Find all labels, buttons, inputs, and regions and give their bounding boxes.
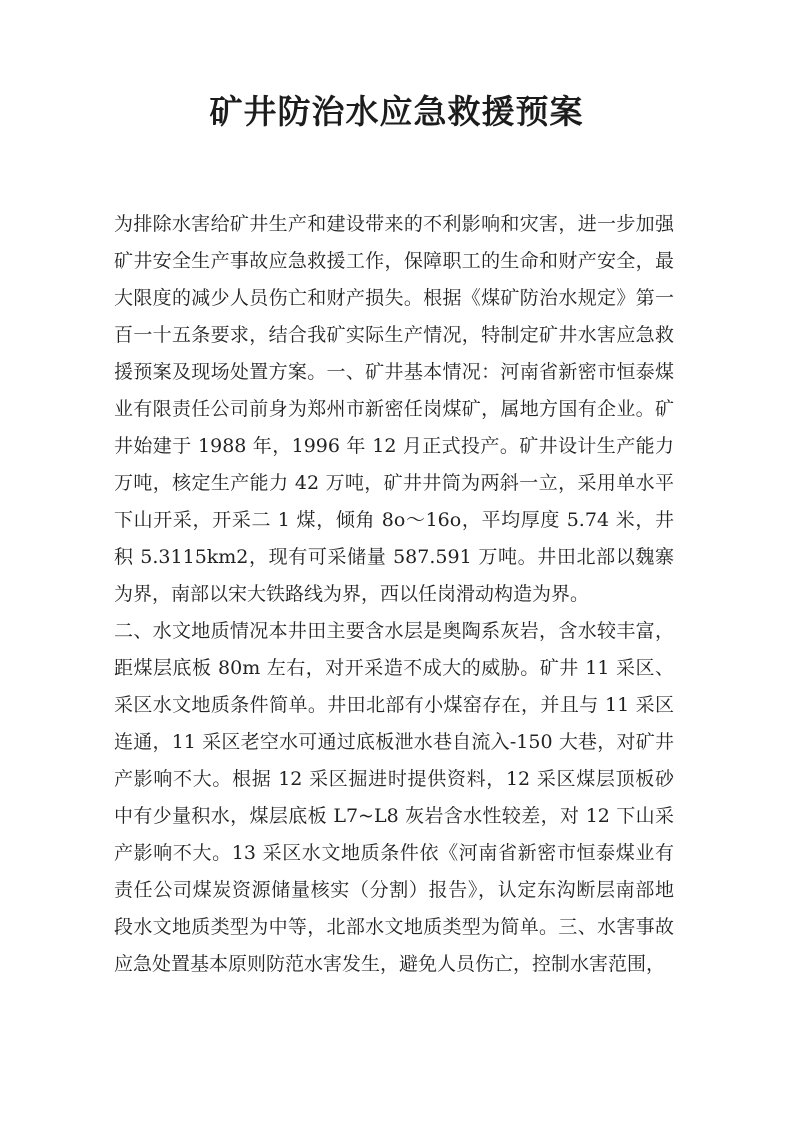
text-line: 距煤层底板 80m 左右，对开采造不成大的威胁。矿井 11 采区、12 bbox=[114, 650, 674, 687]
document-title: 矿井防治水应急救援预案 bbox=[0, 95, 793, 129]
text-line: 为界，南部以宋大铁路线为界，西以任岗滑动构造为界。 bbox=[114, 576, 674, 613]
document-body: 为排除水害给矿井生产和建设带来的不利影响和灾害，进一步加强矿井安全生产事故应急救… bbox=[114, 206, 674, 983]
text-line: 井始建于 1988 年，1996 年 12 月正式投产。矿井设计生产能力 30 bbox=[114, 428, 674, 465]
text-line: 积 5.3115km2，现有可采储量 587.591 万吨。井田北部以魏寨断层 bbox=[114, 539, 674, 576]
text-line: 连通，11 采区老空水可通过底板泄水巷自流入-150 大巷，对矿井生 bbox=[114, 724, 674, 761]
text-line: 为排除水害给矿井生产和建设带来的不利影响和灾害，进一步加强 bbox=[114, 206, 674, 243]
text-line: 责任公司煤炭资源储量核实（分割）报告》，认定东沟断层南部地 bbox=[114, 872, 674, 909]
text-line: 应急处置基本原则防范水害发生，避免人员伤亡，控制水害范围， bbox=[114, 946, 674, 983]
text-line: 援预案及现场处置方案。一、矿井基本情况：河南省新密市恒泰煤 bbox=[114, 354, 674, 391]
text-line: 段水文地质类型为中等，北部水文地质类型为简单。三、水害事故 bbox=[114, 909, 674, 946]
text-line: 矿井安全生产事故应急救援工作，保障职工的生命和财产安全，最 bbox=[114, 243, 674, 280]
text-line: 中有少量积水，煤层底板 L7~L8 灰岩含水性较差，对 12 下山采掘生 bbox=[114, 798, 674, 835]
text-line: 万吨，核定生产能力 42 万吨，矿井井筒为两斜一立，采用单水平上 bbox=[114, 465, 674, 502]
text-line: 大限度的减少人员伤亡和财产损失。根据《煤矿防治水规定》第一 bbox=[114, 280, 674, 317]
text-line: 业有限责任公司前身为郑州市新密任岗煤矿，属地方国有企业。矿 bbox=[114, 391, 674, 428]
text-line: 产影响不大。13 采区水文地质条件依《河南省新密市恒泰煤业有限 bbox=[114, 835, 674, 872]
text-line: 百一十五条要求，结合我矿实际生产情况，特制定矿井水害应急救 bbox=[114, 317, 674, 354]
text-line: 产影响不大。根据 12 采区掘进时提供资料，12 采区煤层顶板砂岩 bbox=[114, 761, 674, 798]
text-line: 二、水文地质情况本井田主要含水层是奥陶系灰岩，含水较丰富， bbox=[114, 613, 674, 650]
paragraph: 为排除水害给矿井生产和建设带来的不利影响和灾害，进一步加强矿井安全生产事故应急救… bbox=[114, 206, 674, 613]
paragraph: 二、水文地质情况本井田主要含水层是奥陶系灰岩，含水较丰富，距煤层底板 80m 左… bbox=[114, 613, 674, 983]
text-line: 采区水文地质条件简单。井田北部有小煤窑存在，并且与 11 采区相 bbox=[114, 687, 674, 724]
text-line: 下山开采，开采二 1 煤，倾角 8o～16o，平均厚度 5.74 米，井田面 bbox=[114, 502, 674, 539]
document-page: 矿井防治水应急救援预案 为排除水害给矿井生产和建设带来的不利影响和灾害，进一步加… bbox=[0, 0, 793, 1122]
